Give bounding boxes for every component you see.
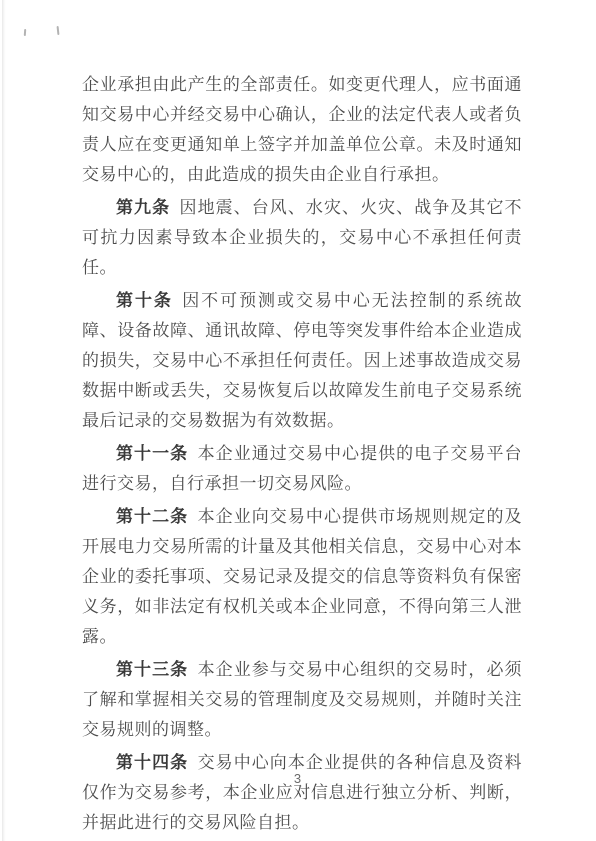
page-number: 3 [0, 771, 596, 786]
paragraph-text: 企业承担由此产生的全部责任。如变更代理人，应书面通知交易中心并经交易中心确认，企… [82, 75, 522, 184]
article-number: 第九条 [116, 198, 170, 217]
paragraph: 第十一条本企业通过交易中心提供的电子交易平台进行交易，自行承担一切交易风险。 [82, 439, 522, 499]
paragraph: 企业承担由此产生的全部责任。如变更代理人，应书面通知交易中心并经交易中心确认，企… [82, 70, 522, 190]
paragraph: 第十三条本企业参与交易中心组织的交易时，必须了解和掌握相关交易的管理制度及交易规… [82, 655, 522, 745]
paragraph-text: 本企业向交易中心提供市场规则规定的及开展电力交易所需的计量及其他相关信息，交易中… [82, 507, 522, 646]
article-number: 第十二条 [116, 507, 188, 526]
paragraph-list: 企业承担由此产生的全部责任。如变更代理人，应书面通知交易中心并经交易中心确认，企… [82, 70, 522, 838]
document-body: 企业承担由此产生的全部责任。如变更代理人，应书面通知交易中心并经交易中心确认，企… [82, 70, 522, 841]
paragraph: 第九条因地震、台风、水灾、火灾、战争及其它不可抗力因素导致本企业损失的，交易中心… [82, 193, 522, 283]
article-number: 第十条 [116, 291, 173, 310]
article-number: 第十四条 [116, 753, 188, 772]
paragraph-text: 因不可预测或交易中心无法控制的系统故障、设备故障、通讯故障、停电等突发事件给本企… [82, 291, 522, 430]
article-number: 第十一条 [116, 444, 188, 463]
paragraph: 第十条因不可预测或交易中心无法控制的系统故障、设备故障、通讯故障、停电等突发事件… [82, 286, 522, 436]
scan-edge-artifact [2, 0, 6, 841]
document-page: 企业承担由此产生的全部责任。如变更代理人，应书面通知交易中心并经交易中心确认，企… [0, 0, 596, 841]
paragraph: 第十四条交易中心向本企业提供的各种信息及资料仅作为交易参考，本企业应对信息进行独… [82, 748, 522, 838]
scan-speck [57, 26, 60, 35]
paragraph: 第十二条本企业向交易中心提供市场规则规定的及开展电力交易所需的计量及其他相关信息… [82, 502, 522, 652]
article-number: 第十三条 [116, 660, 188, 679]
scan-speck [24, 29, 26, 36]
